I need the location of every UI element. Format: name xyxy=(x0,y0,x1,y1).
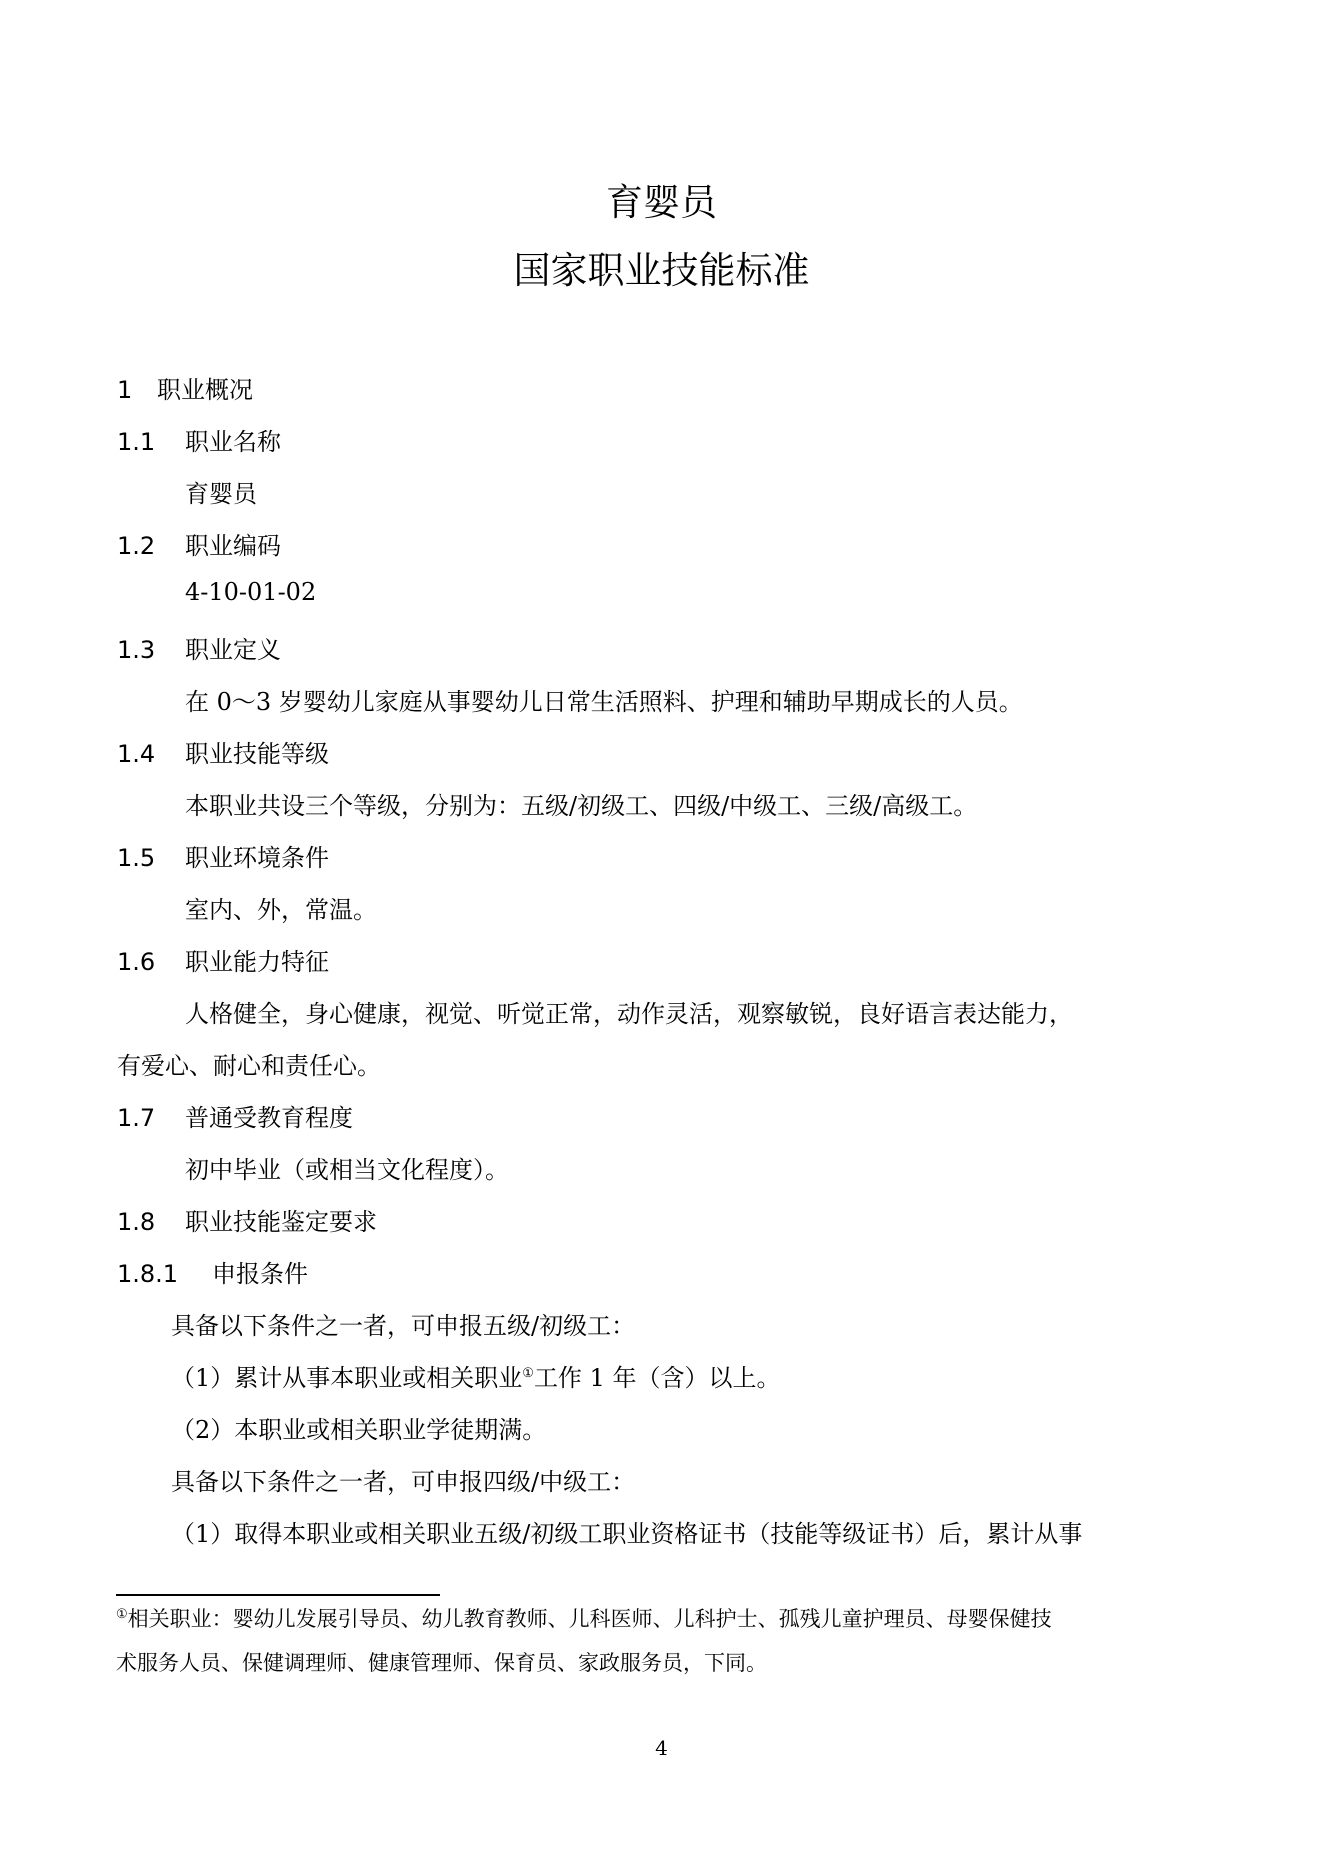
work-environment: 室内、外，常温。 xyxy=(185,890,377,925)
ability-traits-line2: 有爱心、耐心和责任心。 xyxy=(117,1046,381,1081)
occupation-code: 4-10-01-02 xyxy=(185,578,316,606)
footnote-separator xyxy=(116,1594,440,1596)
ability-traits-line1: 人格健全，身心健康，视觉、听觉正常，动作灵活，观察敏锐，良好语言表达能力， xyxy=(185,994,1073,1029)
document-subtitle: 国家职业技能标准 xyxy=(0,240,1323,294)
document-title: 育婴员 xyxy=(0,172,1323,226)
occupation-name: 育婴员 xyxy=(185,474,257,509)
occupation-definition: 在 0～3 岁婴幼儿家庭从事婴幼儿日常生活照料、护理和辅助早期成长的人员。 xyxy=(185,682,1023,717)
section-heading-1-8-1: 1.8.1申报条件 xyxy=(117,1254,308,1289)
level4-intro: 具备以下条件之一者，可申报四级/中级工： xyxy=(171,1462,635,1497)
level4-condition-1: （1）取得本职业或相关职业五级/初级工职业资格证书（技能等级证书）后，累计从事 xyxy=(171,1514,1082,1549)
section-heading-1-4: 1.4职业技能等级 xyxy=(117,734,329,769)
level5-condition-1: （1）累计从事本职业或相关职业①工作 1 年（含）以上。 xyxy=(171,1358,780,1393)
footnote-line2: 术服务人员、保健调理师、健康管理师、保育员、家政服务员，下同。 xyxy=(116,1647,767,1677)
footnote-line1: ①相关职业：婴幼儿发展引导员、幼儿教育教师、儿科医师、儿科护士、孤残儿童护理员、… xyxy=(116,1603,1052,1633)
section-heading-1-5: 1.5职业环境条件 xyxy=(117,838,329,873)
education-level: 初中毕业（或相当文化程度）。 xyxy=(185,1150,509,1185)
page-number: 4 xyxy=(0,1736,1323,1760)
section-heading-1-3: 1.3职业定义 xyxy=(117,630,281,665)
section-heading-1: 1职业概况 xyxy=(117,370,253,405)
section-heading-1-2: 1.2职业编码 xyxy=(117,526,281,561)
section-heading-1-8: 1.8职业技能鉴定要求 xyxy=(117,1202,377,1237)
skill-levels: 本职业共设三个等级，分别为：五级/初级工、四级/中级工、三级/高级工。 xyxy=(185,786,977,821)
section-heading-1-7: 1.7普通受教育程度 xyxy=(117,1098,353,1133)
footnote-marker[interactable]: ① xyxy=(522,1366,534,1381)
section-heading-1-6: 1.6职业能力特征 xyxy=(117,942,329,977)
level5-intro: 具备以下条件之一者，可申报五级/初级工： xyxy=(171,1306,635,1341)
level5-condition-2: （2）本职业或相关职业学徒期满。 xyxy=(171,1410,546,1445)
section-heading-1-1: 1.1职业名称 xyxy=(117,422,281,457)
